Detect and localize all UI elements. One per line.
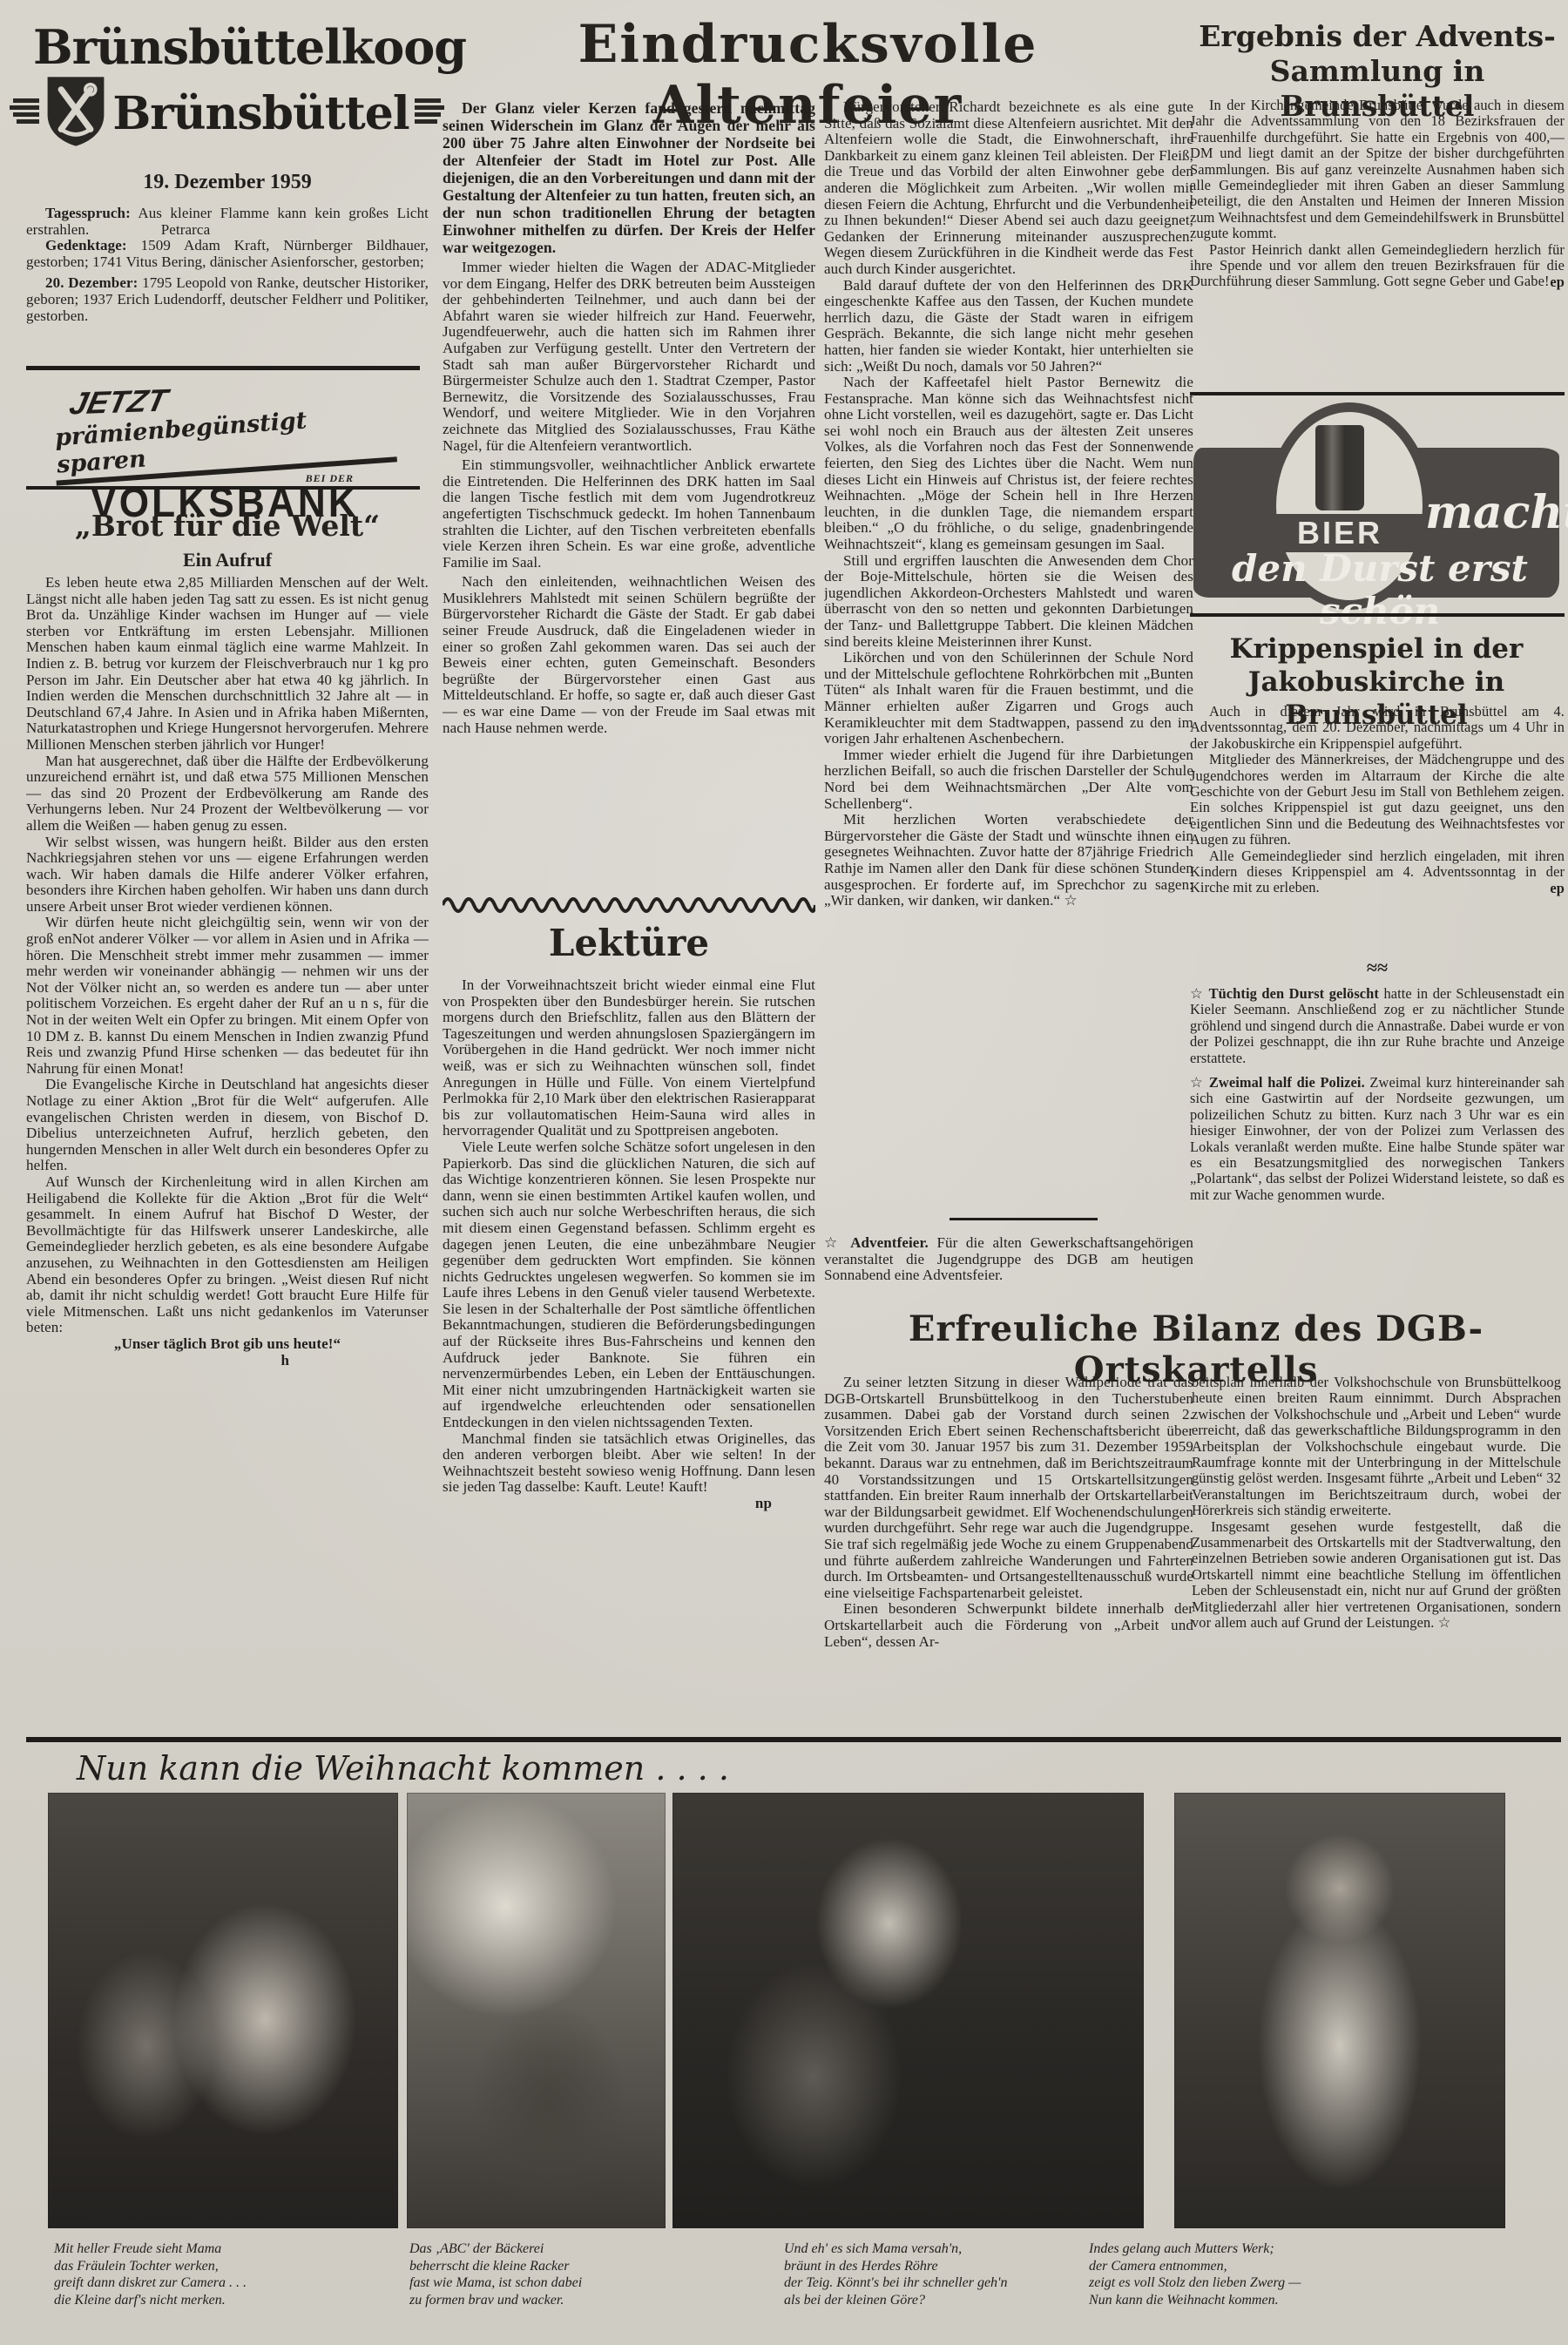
rule-above-volksbank (26, 366, 420, 370)
star-icon: ☆ (824, 1234, 842, 1251)
altenfeier-paragraph: Nach den einleitenden, weihnachtlichen W… (443, 574, 815, 736)
dec20-label: 20. Dezember: (45, 274, 138, 291)
dgb-paragraph: Insgesamt gesehen wurde festgestellt, da… (1192, 1519, 1561, 1632)
lektuere-body: In der Vorweihnachtszeit bricht wieder e… (443, 977, 815, 1728)
dgb-paragraph: beitsplan innerhalb der Volkshochschule … (1192, 1375, 1561, 1519)
brief-lead: Zweimal half die Polizei. (1209, 1074, 1365, 1091)
dgb-paragraph: Zu seiner letzten Sitzung in dieser Wahl… (824, 1375, 1193, 1601)
dec20-entry: 20. Dezember: 1795 Leopold von Ranke, de… (26, 275, 429, 324)
altenfeier-paragraph: Mit herzlichen Worten verabschiedete der… (824, 812, 1193, 909)
short-divider-rule (950, 1218, 1098, 1220)
news-briefs: ☆ Tüchtig den Durst gelöscht hatte in de… (1190, 986, 1565, 1301)
krippenspiel-paragraph: Auch in diesem Jahr wird in Brunsbüttel … (1190, 704, 1565, 752)
brot-subtitle: Ein Aufruf (26, 549, 429, 571)
altenfeier-paragraph: Nach der Kaffeetafel hielt Pastor Bernew… (824, 375, 1193, 553)
lektuere-paragraph: In der Vorweihnachtszeit bricht wieder e… (443, 977, 815, 1139)
brief-lead: Tüchtig den Durst gelöscht (1209, 986, 1379, 1002)
brot-paragraph: Wir dürfen heute nicht gleichgültig sein… (26, 915, 429, 1077)
lektuere-signature: np (443, 1496, 815, 1512)
altenfeier-paragraph: Bald darauf duftete der von den Helferin… (824, 278, 1193, 375)
rule-above-bier-ad (1190, 392, 1565, 395)
rule-below-bier-ad (1190, 613, 1565, 617)
tagesspruch-author: Petrarca (93, 222, 210, 239)
bier-ad: BIER macht den Durst erst schön (1192, 402, 1563, 605)
squiggle-divider: ≈≈ (1190, 956, 1565, 979)
brot-paragraph: Auf Wunsch der Kirchenleitung wird in al… (26, 1174, 429, 1336)
brot-signature: h (26, 1353, 429, 1369)
photo-caption-2: Das ‚ABC' der Bäckerei beherrscht die kl… (409, 2240, 679, 2308)
brot-title: „Brot für die Welt“ (26, 509, 429, 543)
sammlung-body: In der Kirchengemeinde Brunsbüttel wurde… (1190, 98, 1565, 385)
brot-paragraph: Die Evangelische Kirche in Deutschland h… (26, 1077, 429, 1174)
brief-item: ☆ Tüchtig den Durst gelöscht hatte in de… (1190, 986, 1565, 1066)
dgb-paragraph: Einen besonderen Schwerpunkt bildete inn… (824, 1601, 1193, 1650)
gedenktage-label: Gedenktage: (45, 237, 127, 253)
adventfeier-note: ☆ Adventfeier. Für die alten Gewerkschaf… (824, 1235, 1193, 1284)
krippenspiel-paragraph: Mitglieder des Männerkreises, der Mädche… (1190, 752, 1565, 848)
newspaper-page: Brünsbüttelkoog Brünsbüttel (0, 0, 1568, 2345)
altenfeier-column2: Bürgervorsteher Richardt bezeichnete es … (824, 99, 1193, 1204)
tagesspruch-label: Tagesspruch: (45, 206, 131, 221)
photo-caption-4: Indes gelang auch Mutters Werk; der Came… (1089, 2240, 1463, 2308)
photo-4 (1174, 1793, 1505, 2228)
altenfeier-paragraph: Still und ergriffen lauschten die Anwese… (824, 553, 1193, 651)
lektuere-paragraph: Viele Leute werfen solche Schätze sofort… (443, 1139, 815, 1431)
rule-below-volksbank (26, 486, 420, 490)
tagesspruch: Tagesspruch: Aus kleiner Flamme kann kei… (26, 206, 429, 238)
lektuere-title: Lektüre (443, 922, 815, 964)
altenfeier-paragraph: Ein stimmungsvoller, weihnachtlicher Anb… (443, 457, 815, 571)
lektuere-paragraph: Manchmal finden sie tatsächlich etwas Or… (443, 1431, 815, 1496)
altenfeier-paragraph: Bürgervorsteher Richardt bezeichnete es … (824, 99, 1193, 278)
altenfeier-paragraph: Immer wieder erhielt die Jugend für ihre… (824, 747, 1193, 812)
issue-date: 19. Dezember 1959 (26, 171, 429, 194)
beer-glass-icon (1315, 425, 1364, 510)
altenfeier-paragraph: Immer wieder hielten die Wagen der ADAC-… (443, 260, 815, 454)
bottom-section-rule (26, 1737, 1561, 1742)
wave-divider (443, 897, 815, 913)
star-icon: ☆ (1190, 1074, 1204, 1091)
dgb-column1: Zu seiner letzten Sitzung in dieser Wahl… (824, 1375, 1193, 1730)
masthead: Brünsbüttelkoog Brünsbüttel (33, 21, 421, 152)
altenfeier-lead: Der Glanz vieler Kerzen fand gestern nac… (443, 99, 815, 256)
photo-caption-1: Mit heller Freude sieht Mama das Fräulei… (54, 2240, 359, 2308)
bier-ad-line2: den Durst erst schön (1207, 547, 1552, 632)
brot-paragraph: Man hat ausgerechnet, daß über die Hälft… (26, 754, 429, 835)
calendar-block: Tagesspruch: Aus kleiner Flamme kann kei… (26, 206, 429, 361)
brot-paragraph: Es leben heute etwa 2,85 Milliarden Mens… (26, 575, 429, 754)
masthead-row2: Brünsbüttel (33, 75, 421, 152)
gedenktage: Gedenktage: 1509 Adam Kraft, Nürnberger … (26, 238, 429, 270)
photo-2 (407, 1793, 666, 2228)
photo-strip-heading: Nun kann die Weihnacht kommen . . . . (77, 1749, 774, 1787)
brief-item: ☆ Zweimal half die Polizei. Zweimal kurz… (1190, 1075, 1565, 1203)
sammlung-paragraph: Pastor Heinrich dankt allen Gemeindeglie… (1190, 242, 1565, 290)
brot-paragraph: Wir selbst wissen, was hungern heißt. Bi… (26, 835, 429, 916)
masthead-title-line1: Brünsbüttelkoog (33, 21, 421, 73)
altenfeier-column1: Der Glanz vieler Kerzen fand gestern nac… (443, 99, 815, 894)
star-icon: ☆ (1190, 986, 1204, 1002)
sammlung-title-line1: Ergebnis der Advents- (1190, 19, 1565, 54)
photo-1 (48, 1793, 398, 2228)
krippenspiel-title-line1: Krippenspiel in der (1185, 632, 1568, 666)
bier-ad-line1: macht (1425, 486, 1568, 539)
photo-3 (672, 1793, 1144, 2228)
masthead-title-line2: Brünsbüttel (112, 87, 409, 140)
adventfeier-lead: Adventfeier. (850, 1234, 929, 1251)
altenfeier-paragraph: Likörchen und von den Schülerinnen der S… (824, 650, 1193, 747)
brot-article-body: Es leben heute etwa 2,85 Milliarden Mens… (26, 575, 429, 1707)
krippenspiel-body: Auch in diesem Jahr wird in Brunsbüttel … (1190, 704, 1565, 958)
sammlung-paragraph: In der Kirchengemeinde Brunsbüttel wurde… (1190, 98, 1565, 242)
brief-text: Zweimal kurz hintereinander sah sich ein… (1190, 1074, 1565, 1203)
town-crest-icon (44, 75, 107, 152)
photo-caption-3: Und eh' es sich Mama versah'n, bräunt in… (784, 2240, 1080, 2308)
dgb-column2: beitsplan innerhalb der Volkshochschule … (1192, 1375, 1561, 1730)
brot-quote: „Unser täglich Brot gib uns heute!“ (26, 1336, 429, 1353)
flourish-left-icon (10, 95, 39, 132)
volksbank-ad: JETZT prämienbegünstigt sparen BEI DER V… (54, 380, 395, 483)
